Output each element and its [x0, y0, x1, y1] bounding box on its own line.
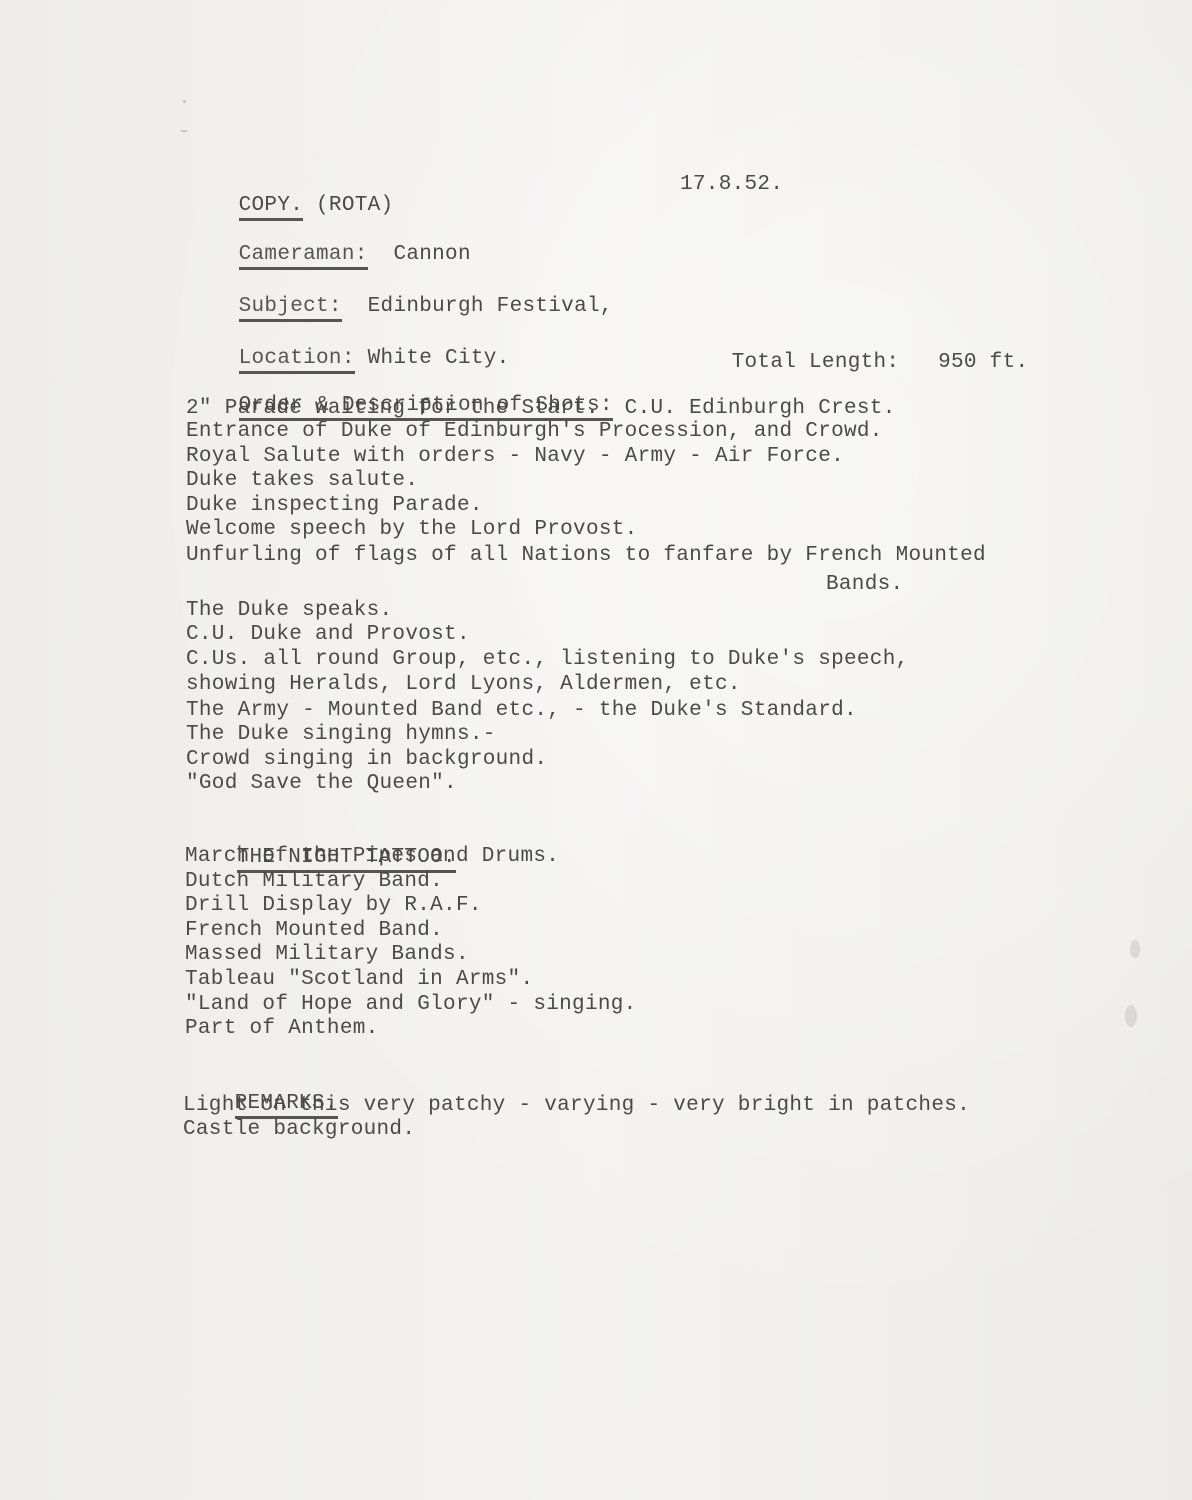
shot-line: showing Heralds, Lord Lyons, Aldermen, e…: [186, 673, 741, 697]
tattoo-line: Part of Anthem.: [185, 1017, 379, 1041]
shot-line: C.U. Duke and Provost.: [186, 623, 470, 647]
copy-label: COPY.: [239, 194, 304, 221]
tattoo-line: Tableau "Scotland in Arms".: [185, 968, 533, 992]
total-length-row: Total Length: 950 ft.: [680, 327, 1028, 399]
shot-line: Royal Salute with orders - Navy - Army -…: [186, 445, 844, 469]
shot-line: 2" Parade waiting for the Start. C.U. Ed…: [186, 397, 896, 421]
shot-line: The Duke singing hymns.-: [186, 723, 496, 747]
tattoo-line: French Mounted Band.: [185, 919, 443, 943]
shot-line: Welcome speech by the Lord Provost.: [186, 518, 638, 542]
total-length-value: 950 ft.: [938, 351, 1028, 374]
tattoo-line: "Land of Hope and Glory" - singing.: [185, 993, 637, 1017]
cameraman-label: Cameraman:: [239, 243, 368, 270]
shot-line: "God Save the Queen".: [186, 772, 457, 796]
shot-line: Crowd singing in background.: [186, 748, 547, 772]
remarks-line: Castle background.: [183, 1118, 415, 1142]
document-date: 17.8.52.: [680, 173, 783, 197]
subject-value: Edinburgh Festival,: [368, 295, 613, 318]
paper-speck: [183, 100, 186, 103]
tattoo-line: Dutch Military Band.: [185, 870, 443, 894]
location-value: White City.: [368, 347, 510, 370]
copy-suffix: (ROTA): [316, 194, 393, 217]
shot-line: C.Us. all round Group, etc., listening t…: [186, 648, 909, 672]
shot-line: The Army - Mounted Band etc., - the Duke…: [186, 699, 857, 723]
tattoo-line: Massed Military Bands.: [185, 943, 469, 967]
shot-line: Duke takes salute.: [186, 469, 418, 493]
cameraman-value: Cannon: [393, 243, 470, 266]
tattoo-line: Drill Display by R.A.F.: [185, 894, 482, 918]
shot-line: Bands.: [826, 573, 903, 597]
subject-label: Subject:: [239, 295, 342, 322]
remarks-line: Light on this very patchy - varying - ve…: [183, 1094, 970, 1118]
shot-line: Duke inspecting Parade.: [186, 494, 483, 518]
paper-mark: [1125, 1005, 1137, 1027]
shot-line: Unfurling of flags of all Nations to fan…: [186, 544, 986, 568]
shot-line: The Duke speaks.: [186, 599, 392, 623]
paper-mark: [1130, 940, 1140, 958]
tattoo-line: March of the Pipes and Drums.: [185, 845, 559, 869]
typewritten-page: COPY. (ROTA) 17.8.52. Cameraman: Cannon …: [0, 0, 1192, 1500]
shot-line: Entrance of Duke of Edinburgh's Processi…: [186, 420, 883, 444]
paper-speck: [180, 130, 188, 132]
total-length-label: Total Length:: [732, 351, 900, 374]
